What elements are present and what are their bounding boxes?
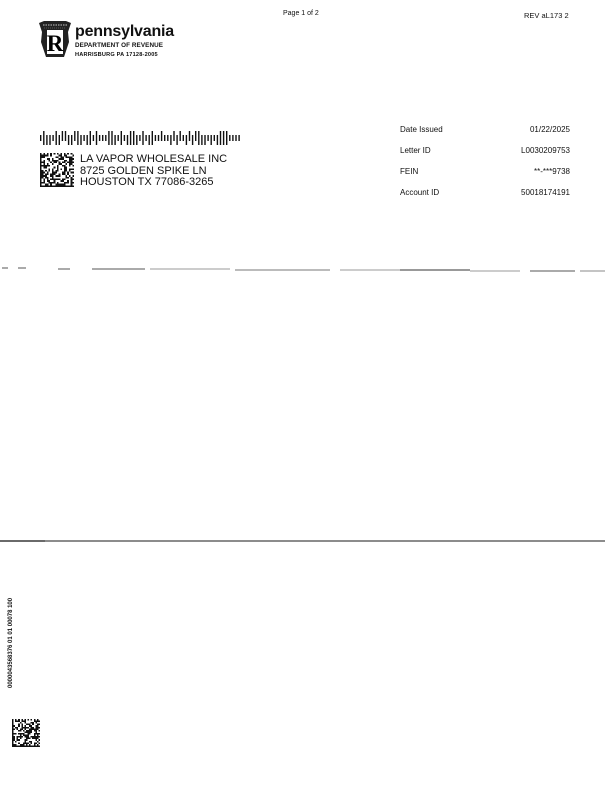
agency-name: pennsylvania xyxy=(75,24,174,40)
mail-tracking-code: 0000043568376 01 01 00078 100 xyxy=(8,598,14,688)
svg-text:R: R xyxy=(47,31,64,56)
info-row-letter-id: Letter ID L0030209753 xyxy=(400,146,570,167)
letter-info-table: Date Issued 01/22/2025 Letter ID L003020… xyxy=(400,125,570,209)
info-value: 01/22/2025 xyxy=(530,125,570,146)
agency-department: DEPARTMENT OF REVENUE xyxy=(75,42,163,49)
recipient-city-state-zip: HOUSTON TX 77086-3265 xyxy=(80,177,227,189)
recipient-address: LA VAPOR WHOLESALE INC 8725 GOLDEN SPIKE… xyxy=(80,154,227,189)
postal-barcode-icon xyxy=(40,131,242,145)
agency-address: HARRISBURG PA 17128-2005 xyxy=(75,52,158,58)
fold-line-divider xyxy=(0,538,605,544)
info-label: Letter ID xyxy=(400,146,431,167)
info-row-account-id: Account ID 50018174191 xyxy=(400,188,570,209)
info-value: **-***9738 xyxy=(534,167,570,188)
info-row-date-issued: Date Issued 01/22/2025 xyxy=(400,125,570,146)
page-indicator: Page 1 of 2 xyxy=(283,10,319,17)
info-value: L0030209753 xyxy=(521,146,570,167)
recipient-name: LA VAPOR WHOLESALE INC xyxy=(80,154,227,166)
info-label: Date Issued xyxy=(400,125,443,146)
keystone-r-logo-icon: R xyxy=(38,20,72,58)
info-row-fein: FEIN **-***9738 xyxy=(400,167,570,188)
info-value: 50018174191 xyxy=(521,188,570,209)
form-code: REV aL173 2 xyxy=(524,11,569,20)
info-label: FEIN xyxy=(400,167,418,188)
info-label: Account ID xyxy=(400,188,439,209)
datamatrix-code-icon xyxy=(40,153,74,187)
fold-line-divider xyxy=(0,264,605,276)
datamatrix-code-icon xyxy=(12,718,40,748)
